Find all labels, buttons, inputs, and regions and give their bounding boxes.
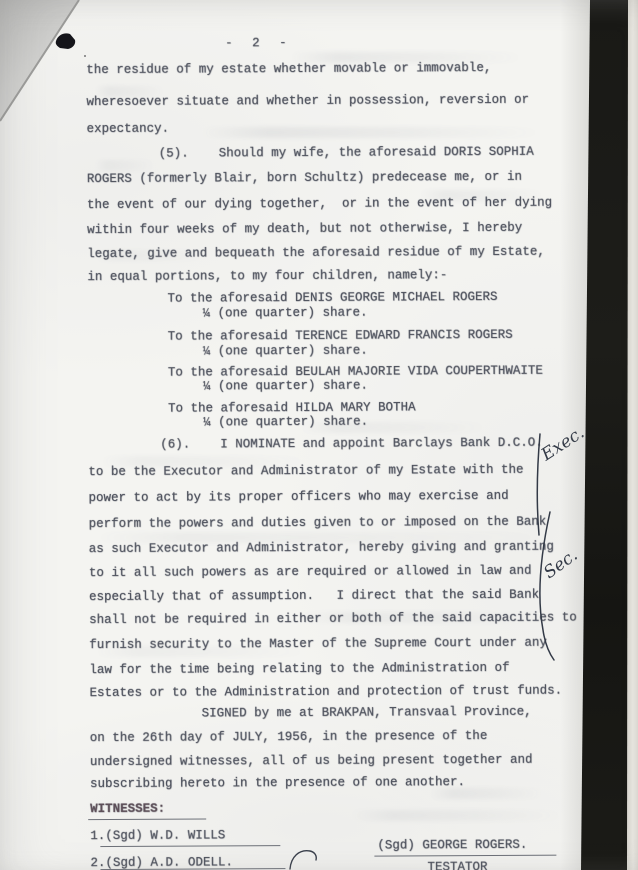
margin-line-sec [540,512,554,660]
pen-stroke-mark [290,851,316,869]
handwriting-overlay: Exec. Sec. [0,0,638,870]
ink-dot [84,55,86,57]
scanned-will-page: - 2 - the residue of my estate whether m… [0,0,638,870]
ink-blot [56,33,75,49]
